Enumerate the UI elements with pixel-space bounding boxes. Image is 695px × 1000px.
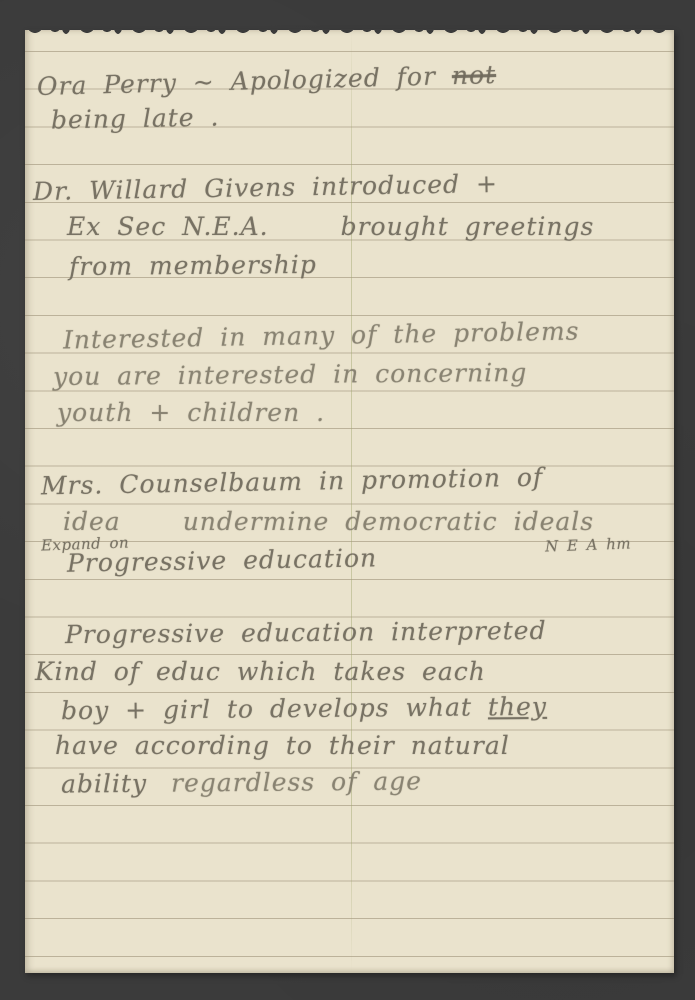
note-line-11: Progressive education [67, 543, 378, 577]
note-line-4: Ex Sec N.E.A.brought greetings [67, 212, 594, 241]
note-text: Progressive education [67, 543, 378, 577]
note-line-2: being late . [51, 103, 220, 135]
note-line-16: abilityregardless of age [61, 766, 422, 798]
note-text: boy + girl to develops what [61, 693, 472, 726]
note-text: from membership [69, 250, 317, 281]
underlined-word: they [488, 692, 547, 722]
note-line-10: ideaundermine democratic ideals [63, 507, 594, 536]
note-line-7: you are interested in concerning [53, 358, 528, 391]
note-line-1: Ora Perry ~ Apologized for not [37, 60, 497, 101]
note-text: Progressive education interpreted [65, 616, 547, 649]
note-text: Ora Perry ~ Apologized for [37, 62, 437, 101]
note-line-15: have according to their natural [55, 731, 510, 760]
note-text: Dr. Willard Givens introduced + [33, 169, 498, 206]
note-line-13: Kind of educ which takes each [35, 657, 486, 686]
note-line-14: boy + girl to develops what they [61, 692, 547, 725]
note-text: undermine democratic ideals [183, 507, 594, 536]
note-text: N E A hm [545, 535, 632, 556]
note-text: Mrs. Counselbaum in promotion of [41, 463, 544, 501]
note-text: being late . [51, 103, 220, 135]
note-line-12: Progressive education interpreted [65, 616, 547, 649]
note-text: idea [63, 507, 121, 536]
note-text: brought greetings [341, 212, 595, 241]
note-line-3: Dr. Willard Givens introduced + [33, 169, 498, 206]
note-text: Ex Sec N.E.A. [67, 212, 269, 241]
struck-word: not [451, 60, 496, 90]
scan-background: Ora Perry ~ Apologized for not being lat… [0, 0, 695, 1000]
note-line-5: from membership [69, 250, 317, 281]
note-text: youth + children . [57, 398, 325, 427]
notebook-page: Ora Perry ~ Apologized for not being lat… [25, 30, 674, 973]
note-text: ability [61, 769, 147, 799]
note-text: you are interested in concerning [53, 358, 528, 391]
handwriting-layer: Ora Perry ~ Apologized for not being lat… [25, 30, 674, 973]
note-text: Interested in many of the problems [63, 316, 580, 354]
note-line-8: youth + children . [57, 398, 325, 427]
note-text: regardless of age [171, 766, 422, 797]
note-text: Kind of educ which takes each [35, 657, 486, 686]
annotation-nea: N E A hm [545, 535, 632, 556]
note-text: have according to their natural [55, 731, 510, 760]
note-line-6: Interested in many of the problems [63, 316, 580, 354]
note-line-9: Mrs. Counselbaum in promotion of [41, 463, 544, 501]
